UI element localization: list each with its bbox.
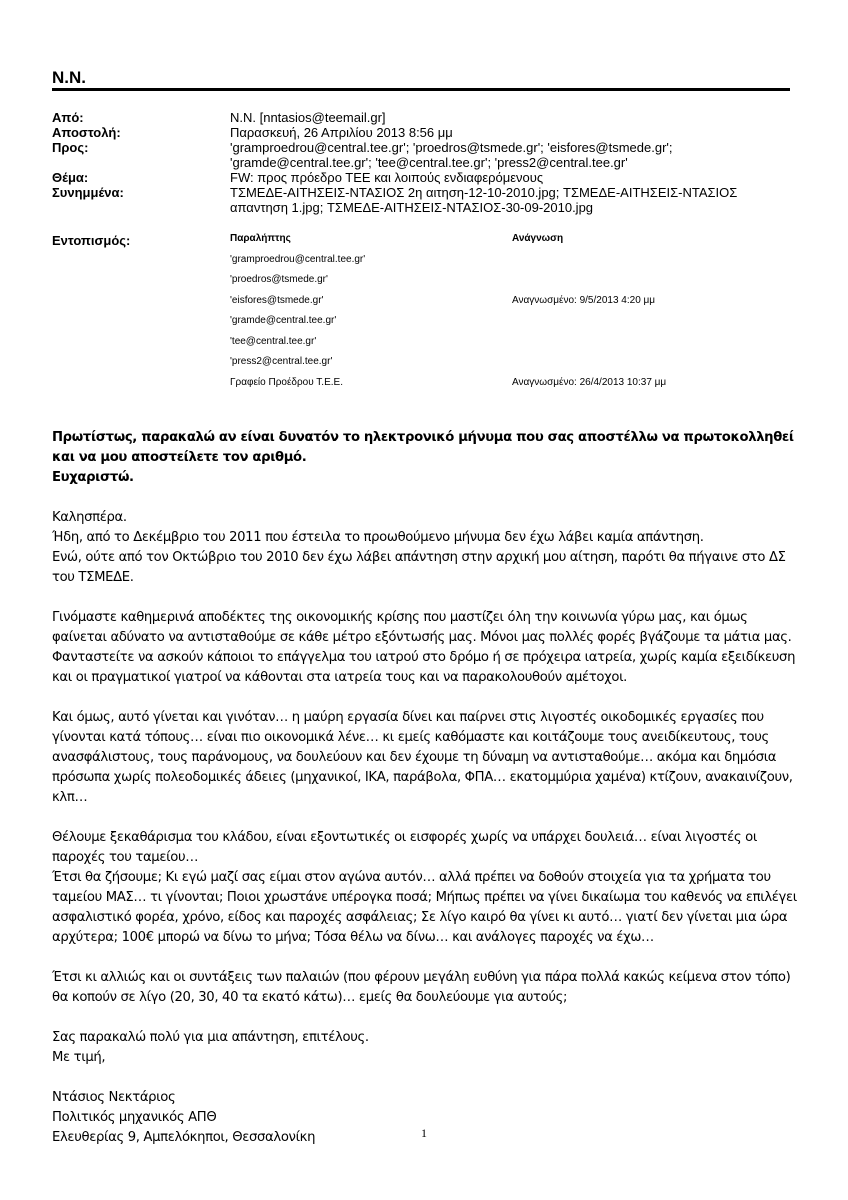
paragraph-line: Ήδη, από το Δεκέμβριο του 2011 που έστει… [52, 530, 704, 545]
body-paragraph: Σας παρακαλώ πολύ για μια απάντηση, επιτ… [52, 1028, 802, 1068]
body-paragraph: Καλησπέρα.Ήδη, από το Δεκέμβριο του 2011… [52, 508, 802, 588]
body-paragraph: Και όμως, αυτό γίνεται και γινόταν… η μα… [52, 708, 802, 808]
header-label: Αποστολή: [52, 125, 230, 140]
paragraph-line: Θέλουμε ξεκαθάρισμα του κλάδου, είναι εξ… [52, 830, 757, 865]
tracking-row: 'press2@central.tee.gr' [230, 356, 730, 377]
paragraph-line: Έτσι θα ζήσουμε; Κι εγώ μαζί σας είμαι σ… [52, 870, 797, 945]
header-value: FW: προς πρόεδρο ΤΕΕ και λοιπούς ενδιαφε… [230, 170, 790, 185]
recipient-cell: 'gramproedrou@central.tee.gr' [230, 254, 512, 265]
recipient-cell: 'press2@central.tee.gr' [230, 356, 512, 367]
tracking-row: 'tee@central.tee.gr' [230, 336, 730, 357]
intro-paragraph: Πρωτίστως, παρακαλώ αν είναι δυνατόν το … [52, 428, 802, 488]
document-title: N.N. [52, 68, 86, 88]
header-sent: Αποστολή: Παρασκευή, 26 Απριλίου 2013 8:… [52, 125, 790, 140]
header-subject: Θέμα: FW: προς πρόεδρο ΤΕΕ και λοιπούς ε… [52, 170, 790, 185]
header-label: Προς: [52, 140, 230, 170]
tracking-row: Γραφείο Προέδρου Τ.Ε.Ε.Αναγνωσμένο: 26/4… [230, 377, 730, 398]
message-body: Πρωτίστως, παρακαλώ αν είναι δυνατόν το … [52, 428, 802, 1168]
paragraph-line: Έτσι κι αλλιώς και οι συντάξεις των παλα… [52, 970, 790, 1005]
email-headers: Από: N.N. [nntasios@teemail.gr] Αποστολή… [52, 110, 790, 215]
read-status-cell: Αναγνωσμένο: 26/4/2013 10:37 μμ [512, 377, 730, 388]
page-number: 1 [0, 1126, 848, 1141]
paragraph-line: Γινόμαστε καθημερινά αποδέκτες της οικον… [52, 610, 795, 685]
header-attachments: Συνημμένα: ΤΣΜΕΔΕ-ΑΙΤΗΣΕΙΣ-ΝΤΑΣΙΟΣ 2η αι… [52, 185, 790, 215]
tracking-label: Εντοπισμός: [52, 233, 222, 248]
tracking-header-row: Παραλήπτης Ανάγνωση [230, 233, 730, 254]
body-paragraph: Θέλουμε ξεκαθάρισμα του κλάδου, είναι εξ… [52, 828, 802, 948]
paragraph-line: Ντάσιος Νεκτάριος [52, 1090, 175, 1105]
header-label: Συνημμένα: [52, 185, 230, 215]
tracking-table: Παραλήπτης Ανάγνωση 'gramproedrou@centra… [230, 233, 730, 397]
header-to: Προς: 'gramproedrou@central.tee.gr'; 'pr… [52, 140, 790, 170]
header-value: N.N. [nntasios@teemail.gr] [230, 110, 790, 125]
tracking-row: 'proedros@tsmede.gr' [230, 274, 730, 295]
title-rule [52, 88, 790, 91]
recipient-cell: Γραφείο Προέδρου Τ.Ε.Ε. [230, 377, 512, 388]
recipient-cell: 'gramde@central.tee.gr' [230, 315, 512, 326]
header-label: Από: [52, 110, 230, 125]
paragraph-line: Ενώ, ούτε από τον Οκτώβριο του 2010 δεν … [52, 550, 786, 585]
paragraph-line: Σας παρακαλώ πολύ για μια απάντηση, επιτ… [52, 1030, 369, 1045]
paragraph-line: Και όμως, αυτό γίνεται και γινόταν… η μα… [52, 710, 793, 805]
paragraph-line: Με τιμή, [52, 1050, 105, 1065]
recipient-cell: 'eisfores@tsmede.gr' [230, 295, 512, 306]
body-paragraph: Έτσι κι αλλιώς και οι συντάξεις των παλα… [52, 968, 802, 1008]
tracking-row: 'gramproedrou@central.tee.gr' [230, 254, 730, 275]
column-header-read: Ανάγνωση [512, 233, 730, 244]
header-value: Παρασκευή, 26 Απριλίου 2013 8:56 μμ [230, 125, 790, 140]
paragraph-line: Καλησπέρα. [52, 510, 127, 525]
column-header-recipient: Παραλήπτης [230, 233, 512, 244]
header-label: Θέμα: [52, 170, 230, 185]
recipient-cell: 'tee@central.tee.gr' [230, 336, 512, 347]
intro-line: Ευχαριστώ. [52, 470, 134, 485]
header-from: Από: N.N. [nntasios@teemail.gr] [52, 110, 790, 125]
header-value: 'gramproedrou@central.tee.gr'; 'proedros… [230, 140, 790, 170]
read-status-cell: Αναγνωσμένο: 9/5/2013 4:20 μμ [512, 295, 730, 306]
recipient-cell: 'proedros@tsmede.gr' [230, 274, 512, 285]
header-value: ΤΣΜΕΔΕ-ΑΙΤΗΣΕΙΣ-ΝΤΑΣΙΟΣ 2η αιτηση-12-10-… [230, 185, 790, 215]
paragraph-line: Πολιτικός μηχανικός ΑΠΘ [52, 1110, 216, 1125]
intro-line: Πρωτίστως, παρακαλώ αν είναι δυνατόν το … [52, 430, 794, 465]
tracking-row: 'gramde@central.tee.gr' [230, 315, 730, 336]
paragraphs: Καλησπέρα.Ήδη, από το Δεκέμβριο του 2011… [52, 508, 802, 1148]
body-paragraph: Γινόμαστε καθημερινά αποδέκτες της οικον… [52, 608, 802, 688]
tracking-row: 'eisfores@tsmede.gr'Αναγνωσμένο: 9/5/201… [230, 295, 730, 316]
